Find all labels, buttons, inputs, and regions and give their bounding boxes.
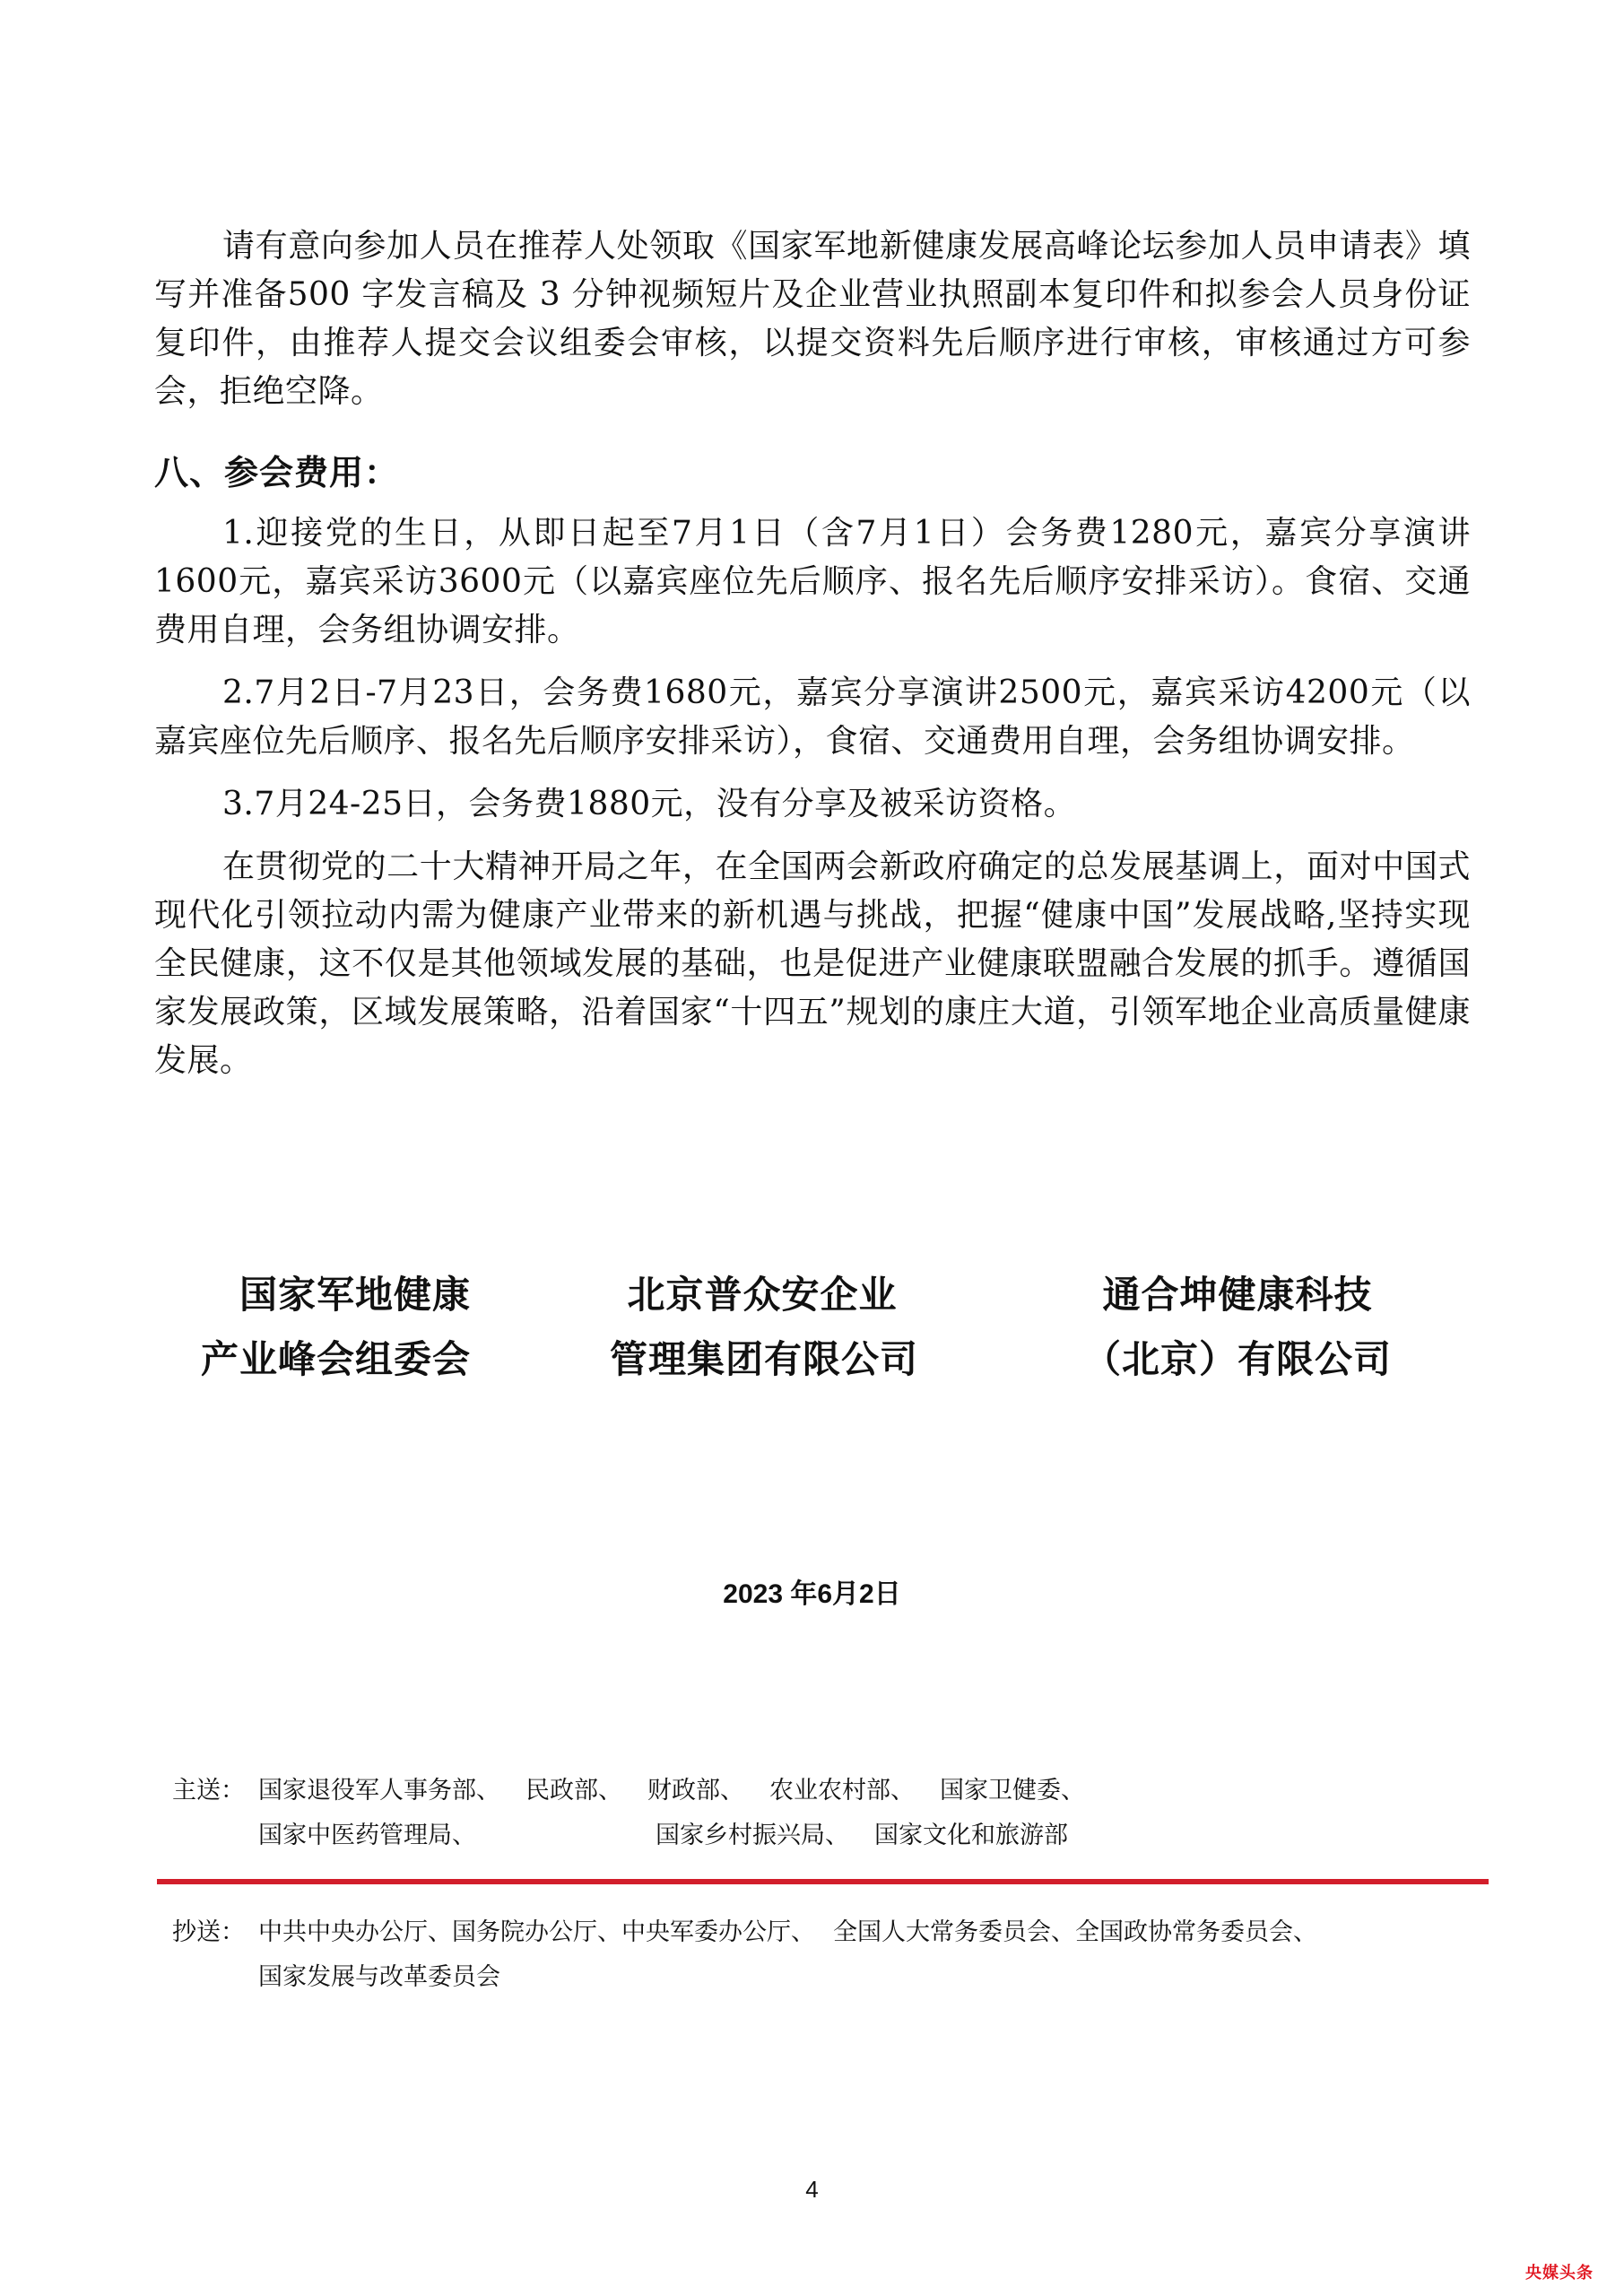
cc-recipients-list: 中共中央办公厅、 国务院办公厅、 中央军委办公厅、 全国人大常务委员会、 全国政…: [258, 1910, 1499, 2000]
page-number: 4: [0, 2176, 1624, 2204]
main-recipients-list: 国家退役军人事务部、 民政部、 财政部、 农业农村部、 国家卫健委、 国家中医药…: [258, 1769, 1499, 1858]
recipient-item: 农业农村部、: [769, 1769, 915, 1813]
signatory-2-line2: 管理集团有限公司: [610, 1327, 915, 1392]
signatory-1-line1: 国家军地健康: [179, 1263, 471, 1327]
document-page: 请有意向参加人员在推荐人处领取《国家军地新健康发展高峰论坛参加人员申请表》填写并…: [0, 0, 1624, 2296]
signatory-2-line1: 北京普众安企业: [610, 1263, 915, 1327]
signatory-3-line1: 通合坤健康科技: [1067, 1263, 1408, 1327]
cc-item: 全国人大常务委员会、: [833, 1910, 1075, 1955]
recipient-item: 国家文化和旅游部: [874, 1813, 1068, 1858]
closing-paragraph: 在贯彻党的二十大精神开局之年，在全国两会新政府确定的总发展基调上，面对中国式现代…: [154, 843, 1471, 1085]
fee-item-3: 3.7月24-25日，会务费1880元，没有分享及被采访资格。: [154, 780, 1471, 829]
application-paragraph: 请有意向参加人员在推荐人处领取《国家军地新健康发展高峰论坛参加人员申请表》填写并…: [154, 222, 1471, 416]
signatory-1-line2: 产业峰会组委会: [179, 1327, 471, 1392]
signatory-2: 北京普众安企业 管理集团有限公司: [610, 1263, 915, 1392]
signatory-1: 国家军地健康 产业峰会组委会: [179, 1263, 471, 1392]
fee-item-1: 1.迎接党的生日，从即日起至7月1日（含7月1日）会务费1280元，嘉宾分享演讲…: [154, 509, 1471, 655]
main-recipients-label: 主送：: [172, 1769, 258, 1858]
section-heading-fees: 八、参会费用：: [154, 448, 399, 497]
main-recipients: 主送： 国家退役军人事务部、 民政部、 财政部、 农业农村部、 国家卫健委、 国…: [172, 1769, 1499, 1858]
cc-recipients: 抄送： 中共中央办公厅、 国务院办公厅、 中央军委办公厅、 全国人大常务委员会、…: [172, 1910, 1499, 2000]
cc-item: 全国政协常务委员会、: [1075, 1910, 1317, 1955]
cc-item: 国家发展与改革委员会: [258, 1955, 500, 2000]
red-divider-rule: [157, 1879, 1489, 1884]
fee-section: 1.迎接党的生日，从即日起至7月1日（含7月1日）会务费1280元，嘉宾分享演讲…: [154, 509, 1471, 1085]
signatory-3: 通合坤健康科技 （北京）有限公司: [1067, 1263, 1408, 1392]
recipient-item: 国家中医药管理局、: [258, 1813, 476, 1858]
recipient-item: 国家退役军人事务部、: [258, 1769, 500, 1813]
recipient-item: 国家乡村振兴局、: [656, 1813, 849, 1858]
document-date: 2023 年6月2日: [0, 1571, 1624, 1611]
cc-item: 中共中央办公厅、: [258, 1910, 452, 1955]
recipient-item: 国家卫健委、: [940, 1769, 1085, 1813]
cc-recipients-label: 抄送：: [172, 1910, 258, 2000]
intro-section: 请有意向参加人员在推荐人处领取《国家军地新健康发展高峰论坛参加人员申请表》填写并…: [154, 222, 1471, 416]
cc-item: 国务院办公厅、: [452, 1910, 621, 1955]
watermark-logo: 央媒头条: [1525, 2260, 1594, 2283]
recipient-item: 财政部、: [647, 1769, 744, 1813]
recipient-item: 民政部、: [525, 1769, 622, 1813]
cc-item: 中央军委办公厅、: [621, 1910, 815, 1955]
fee-item-2: 2.7月2日-7月23日，会务费1680元，嘉宾分享演讲2500元，嘉宾采访42…: [154, 669, 1471, 766]
signatory-3-line2: （北京）有限公司: [1067, 1327, 1408, 1392]
